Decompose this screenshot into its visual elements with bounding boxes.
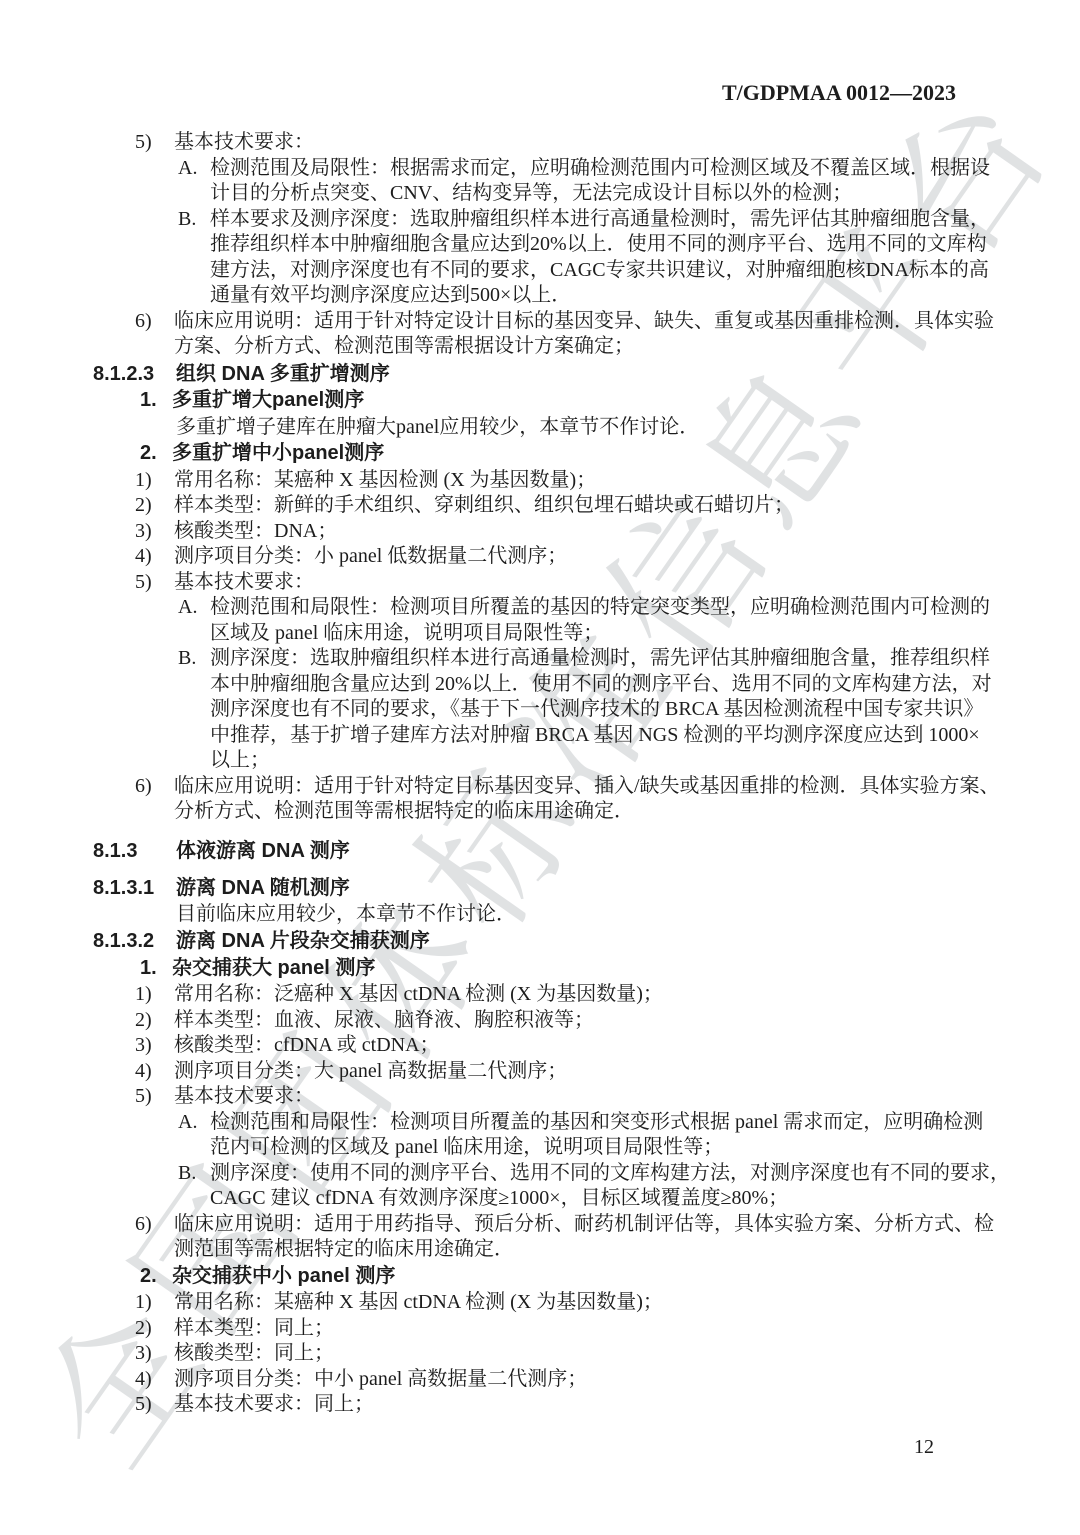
item-number: 6) bbox=[135, 309, 152, 335]
section-heading: 8.1.3.1游离 DNA 随机测序 bbox=[93, 876, 965, 902]
text-line: 测序深度：使用不同的测序平台、选用不同的文库构建方法，对测序深度也有不同的要求， bbox=[210, 1161, 965, 1187]
numbered-item: 6)临床应用说明：适用于针对特定目标基因变异、插入/缺失或基因重排的检测．具体实… bbox=[93, 774, 965, 825]
document-content: 5)基本技术要求：A.检测范围及局限性：根据需求而定，应明确检测范围内可检测区域… bbox=[93, 130, 965, 1418]
sub-heading-title: 多重扩增大panel测序 bbox=[172, 389, 364, 411]
lettered-item: B.样本要求及测序深度：选取肿瘤组织样本进行高通量检测时，需先评估其肿瘤细胞含量… bbox=[93, 207, 965, 309]
numbered-item: 1)常用名称：某癌种 X 基因 ctDNA 检测 (X 为基因数量)； bbox=[93, 1290, 965, 1316]
item-number: 2. bbox=[140, 1264, 157, 1290]
text-line: 测序项目分类：小 panel 低数据量二代测序； bbox=[174, 544, 965, 570]
text-line: 推荐组织样本中肿瘤细胞含量应达到20%以上．使用不同的测序平台、选用不同的文库构 bbox=[210, 232, 965, 258]
sub-heading-title: 多重扩增中小panel测序 bbox=[172, 442, 384, 464]
text-line: 基本技术要求：同上； bbox=[174, 1392, 965, 1418]
text-line: 中推荐，基于扩增子建库方法对肿瘤 BRCA 基因 NGS 检测的平均测序深度应达… bbox=[210, 723, 965, 749]
text-line: 样本类型：新鲜的手术组织、穿刺组织、组织包埋石蜡块或石蜡切片； bbox=[174, 493, 965, 519]
section-title: 游离 DNA 随机测序 bbox=[176, 877, 350, 899]
section-heading: 8.1.3.2游离 DNA 片段杂交捕获测序 bbox=[93, 929, 965, 955]
text-line: 测序深度也有不同的要求，《基于下一代测序技术的 BRCA 基因检测流程中国专家共… bbox=[210, 697, 965, 723]
item-number: 5) bbox=[135, 1392, 152, 1418]
text-line: 测序深度：选取肿瘤组织样本进行高通量检测时，需先评估其肿瘤细胞含量，推荐组织样 bbox=[210, 646, 965, 672]
lettered-item: A.检测范围及局限性：根据需求而定，应明确检测范围内可检测区域及不覆盖区域．根据… bbox=[93, 156, 965, 207]
text-line: 方案、分析方式、检测范围等需根据设计方案确定； bbox=[174, 334, 965, 360]
text-line: 常用名称：某癌种 X 基因 ctDNA 检测 (X 为基因数量)； bbox=[174, 1290, 965, 1316]
text-line: 本中肿瘤细胞含量应达到 20%以上．使用不同的测序平台、选用不同的文库构建方法，… bbox=[210, 672, 965, 698]
item-number: 1) bbox=[135, 1290, 152, 1316]
paragraph: 多重扩增子建库在肿瘤大panel应用较少，本章节不作讨论． bbox=[93, 415, 965, 441]
sub-heading-title: 杂交捕获大 panel 测序 bbox=[172, 957, 375, 979]
item-number: 4) bbox=[135, 1059, 152, 1085]
text-line: 核酸类型：cfDNA 或 ctDNA； bbox=[174, 1033, 965, 1059]
document-page: 全国团体标准信息平台 T/GDPMAA 0012—2023 5)基本技术要求：A… bbox=[0, 0, 1080, 1535]
item-number: 2. bbox=[140, 441, 157, 467]
text-line: 检测范围和局限性：检测项目所覆盖的基因和突变形式根据 panel 需求而定，应明… bbox=[210, 1110, 965, 1136]
item-number: 6) bbox=[135, 774, 152, 800]
numbered-item: 5)基本技术要求： bbox=[93, 130, 965, 156]
numbered-item: 3)核酸类型：DNA； bbox=[93, 519, 965, 545]
numbered-item: 5)基本技术要求：同上； bbox=[93, 1392, 965, 1418]
text-line: 基本技术要求： bbox=[174, 130, 965, 156]
doc-code-header: T/GDPMAA 0012—2023 bbox=[722, 80, 956, 106]
numbered-item: 2)样本类型：血液、尿液、脑脊液、胸腔积液等； bbox=[93, 1008, 965, 1034]
text-line: 基本技术要求： bbox=[174, 570, 965, 596]
text-line: 样本类型：血液、尿液、脑脊液、胸腔积液等； bbox=[174, 1008, 965, 1034]
lettered-item: B.测序深度：选取肿瘤组织样本进行高通量检测时，需先评估其肿瘤细胞含量，推荐组织… bbox=[93, 646, 965, 774]
numbered-item: 5)基本技术要求： bbox=[93, 570, 965, 596]
text-line: 建方法，对测序深度也有不同的要求，CAGC专家共识建议，对肿瘤细胞核DNA标本的… bbox=[210, 258, 965, 284]
numbered-item: 4)测序项目分类：大 panel 高数据量二代测序； bbox=[93, 1059, 965, 1085]
section-number: 8.1.3 bbox=[93, 839, 176, 865]
section-number: 8.1.3.1 bbox=[93, 876, 176, 902]
sub-heading: 2.杂交捕获中小 panel 测序 bbox=[93, 1264, 965, 1290]
item-number: 2) bbox=[135, 1008, 152, 1034]
section-title: 体液游离 DNA 测序 bbox=[176, 840, 350, 862]
text-line: 样本类型：同上； bbox=[174, 1316, 965, 1342]
numbered-item: 2)样本类型：同上； bbox=[93, 1316, 965, 1342]
item-number: 1) bbox=[135, 468, 152, 494]
numbered-item: 4)测序项目分类：小 panel 低数据量二代测序； bbox=[93, 544, 965, 570]
text-line: 临床应用说明：适用于针对特定目标基因变异、插入/缺失或基因重排的检测．具体实验方… bbox=[174, 774, 965, 800]
text-line: 测序项目分类：中小 panel 高数据量二代测序； bbox=[174, 1367, 965, 1393]
item-number: 5) bbox=[135, 1084, 152, 1110]
sub-heading: 1.多重扩增大panel测序 bbox=[93, 388, 965, 414]
item-number: A. bbox=[178, 156, 197, 182]
page-number: 12 bbox=[914, 1436, 934, 1459]
numbered-item: 1)常用名称：泛癌种 X 基因 ctDNA 检测 (X 为基因数量)； bbox=[93, 982, 965, 1008]
numbered-item: 4)测序项目分类：中小 panel 高数据量二代测序； bbox=[93, 1367, 965, 1393]
item-number: 4) bbox=[135, 544, 152, 570]
text-line: 基本技术要求： bbox=[174, 1084, 965, 1110]
item-number: 2) bbox=[135, 1316, 152, 1342]
numbered-item: 3)核酸类型：cfDNA 或 ctDNA； bbox=[93, 1033, 965, 1059]
text-line: 临床应用说明：适用于针对特定设计目标的基因变异、缺失、重复或基因重排检测．具体实… bbox=[174, 309, 965, 335]
numbered-item: 5)基本技术要求： bbox=[93, 1084, 965, 1110]
sub-heading: 2.多重扩增中小panel测序 bbox=[93, 441, 965, 467]
section-number: 8.1.3.2 bbox=[93, 929, 176, 955]
section-number: 8.1.2.3 bbox=[93, 362, 176, 388]
text-line: 以上； bbox=[210, 748, 965, 774]
item-number: A. bbox=[178, 595, 197, 621]
item-number: A. bbox=[178, 1110, 197, 1136]
numbered-item: 3)核酸类型：同上； bbox=[93, 1341, 965, 1367]
item-number: 4) bbox=[135, 1367, 152, 1393]
text-line: 常用名称：某癌种 X 基因检测 (X 为基因数量)； bbox=[174, 468, 965, 494]
lettered-item: A.检测范围和局限性：检测项目所覆盖的基因和突变形式根据 panel 需求而定，… bbox=[93, 1110, 965, 1161]
item-number: 1) bbox=[135, 982, 152, 1008]
item-number: B. bbox=[178, 207, 196, 233]
text-line: 区域及 panel 临床用途，说明项目局限性等； bbox=[210, 621, 965, 647]
sub-heading: 1.杂交捕获大 panel 测序 bbox=[93, 956, 965, 982]
text-line: 分析方式、检测范围等需根据特定的临床用途确定． bbox=[174, 799, 965, 825]
text-line: 多重扩增子建库在肿瘤大panel应用较少，本章节不作讨论． bbox=[176, 415, 965, 441]
item-number: 6) bbox=[135, 1212, 152, 1238]
text-line: 通量有效平均测序深度应达到500×以上． bbox=[210, 283, 965, 309]
text-line: 样本要求及测序深度：选取肿瘤组织样本进行高通量检测时，需先评估其肿瘤细胞含量， bbox=[210, 207, 965, 233]
item-number: B. bbox=[178, 1161, 196, 1187]
text-line: CAGC 建议 cfDNA 有效测序深度≥1000×，目标区域覆盖度≥80%； bbox=[210, 1186, 965, 1212]
text-line: 目前临床应用较少，本章节不作讨论． bbox=[176, 902, 965, 928]
section-heading: 8.1.2.3组织 DNA 多重扩增测序 bbox=[93, 362, 965, 388]
item-number: 1. bbox=[140, 388, 157, 414]
item-number: 5) bbox=[135, 130, 152, 156]
text-line: 测范围等需根据特定的临床用途确定． bbox=[174, 1237, 965, 1263]
text-line: 检测范围及局限性：根据需求而定，应明确检测范围内可检测区域及不覆盖区域．根据设 bbox=[210, 156, 965, 182]
item-number: 3) bbox=[135, 519, 152, 545]
section-title: 游离 DNA 片段杂交捕获测序 bbox=[176, 930, 430, 952]
paragraph: 目前临床应用较少，本章节不作讨论． bbox=[93, 902, 965, 928]
item-number: B. bbox=[178, 646, 196, 672]
text-line: 检测范围和局限性：检测项目所覆盖的基因的特定突变类型，应明确检测范围内可检测的 bbox=[210, 595, 965, 621]
text-line: 核酸类型：DNA； bbox=[174, 519, 965, 545]
numbered-item: 6)临床应用说明：适用于用药指导、预后分析、耐药机制评估等，具体实验方案、分析方… bbox=[93, 1212, 965, 1263]
sub-heading-title: 杂交捕获中小 panel 测序 bbox=[172, 1265, 395, 1287]
text-line: 临床应用说明：适用于用药指导、预后分析、耐药机制评估等，具体实验方案、分析方式、… bbox=[174, 1212, 965, 1238]
item-number: 1. bbox=[140, 956, 157, 982]
text-line: 范内可检测的区域及 panel 临床用途，说明项目局限性等； bbox=[210, 1135, 965, 1161]
section-heading: 8.1.3体液游离 DNA 测序 bbox=[93, 839, 965, 865]
text-line: 计目的分析点突变、CNV、结构变异等，无法完成设计目标以外的检测； bbox=[210, 181, 965, 207]
numbered-item: 1)常用名称：某癌种 X 基因检测 (X 为基因数量)； bbox=[93, 468, 965, 494]
lettered-item: B.测序深度：使用不同的测序平台、选用不同的文库构建方法，对测序深度也有不同的要… bbox=[93, 1161, 965, 1212]
text-line: 核酸类型：同上； bbox=[174, 1341, 965, 1367]
numbered-item: 2)样本类型：新鲜的手术组织、穿刺组织、组织包埋石蜡块或石蜡切片； bbox=[93, 493, 965, 519]
item-number: 3) bbox=[135, 1033, 152, 1059]
item-number: 5) bbox=[135, 570, 152, 596]
text-line: 测序项目分类：大 panel 高数据量二代测序； bbox=[174, 1059, 965, 1085]
lettered-item: A.检测范围和局限性：检测项目所覆盖的基因的特定突变类型，应明确检测范围内可检测… bbox=[93, 595, 965, 646]
item-number: 3) bbox=[135, 1341, 152, 1367]
section-title: 组织 DNA 多重扩增测序 bbox=[176, 363, 390, 385]
item-number: 2) bbox=[135, 493, 152, 519]
numbered-item: 6)临床应用说明：适用于针对特定设计目标的基因变异、缺失、重复或基因重排检测．具… bbox=[93, 309, 965, 360]
text-line: 常用名称：泛癌种 X 基因 ctDNA 检测 (X 为基因数量)； bbox=[174, 982, 965, 1008]
